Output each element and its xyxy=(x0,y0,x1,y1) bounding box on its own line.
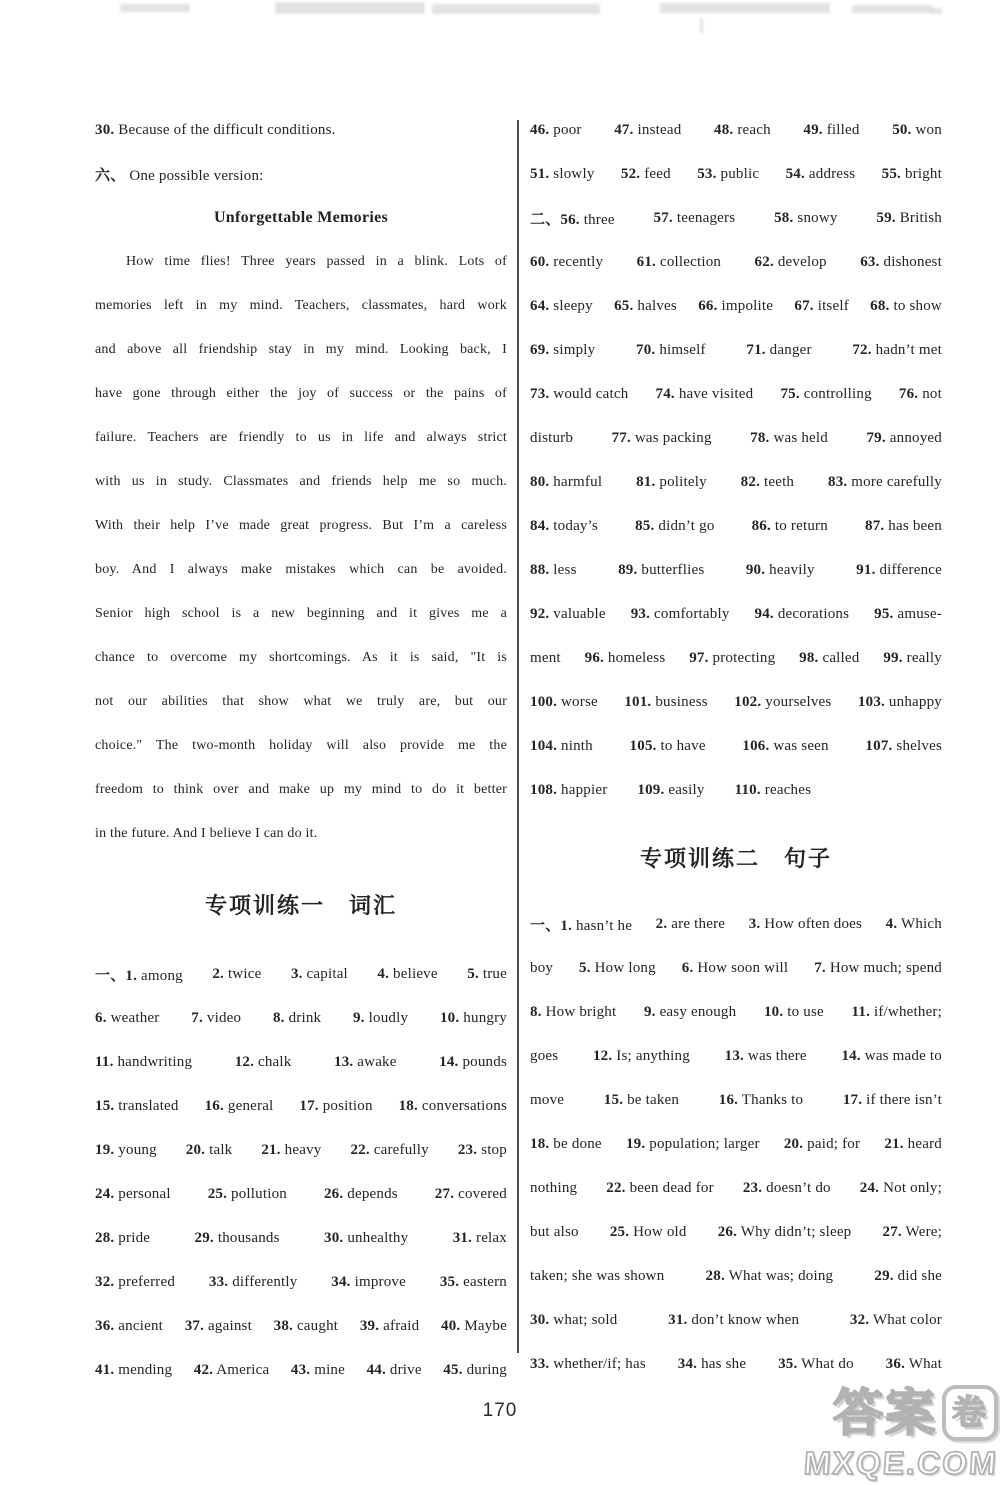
answer-item: 74. have visited xyxy=(656,386,754,403)
answer-line: nothing22. been dead for23. doesn’t do24… xyxy=(530,1166,942,1210)
answer-item: 14. pounds xyxy=(439,1054,507,1071)
answer-item: 106. was seen xyxy=(742,738,828,755)
answer-line: but also25. How old26. Why didn’t; sleep… xyxy=(530,1210,942,1254)
answer-item: 59. British xyxy=(876,210,942,227)
answer-item: 16. general xyxy=(205,1098,274,1115)
answer-item: 73. would catch xyxy=(530,386,628,403)
answer-item: 97. protecting xyxy=(689,650,775,667)
answer-line: 32. preferred33. differently34. improve3… xyxy=(95,1260,507,1304)
answer-line: 84. today’s85. didn’t go86. to return87.… xyxy=(530,504,942,548)
essay-line: have gone through either the joy of succ… xyxy=(95,372,507,416)
answer-item: 82. teeth xyxy=(741,474,794,491)
column-divider xyxy=(517,120,519,1353)
section-heading-wrap: 专项训练二 句子 xyxy=(530,812,942,902)
answer-item: 39. afraid xyxy=(360,1318,419,1335)
answer-item: 30. Because of the difficult conditions. xyxy=(95,122,336,139)
answer-item: 77. was packing xyxy=(612,430,712,447)
essay-line: How time flies! Three years passed in a … xyxy=(95,240,507,284)
essay-line: choice." The two-month holiday will also… xyxy=(95,724,507,768)
answer-item: 62. develop xyxy=(755,254,827,271)
watermark: 答案 卷 MXQE.COM xyxy=(804,1385,998,1479)
answer-item: 47. instead xyxy=(614,122,681,139)
answer-item: 61. collection xyxy=(637,254,721,271)
answer-line: 69. simply70. himself71. danger72. hadn’… xyxy=(530,328,942,372)
answer-item: 45. during xyxy=(443,1362,507,1379)
answer-item: 49. filled xyxy=(803,122,859,139)
answer-item: 95. amuse- xyxy=(874,606,942,623)
answer-item: 27. covered xyxy=(435,1186,507,1203)
answer-item: 79. annoyed xyxy=(866,430,942,447)
answer-item: 18. be done xyxy=(530,1136,602,1153)
answer-line: ment96. homeless97. protecting98. called… xyxy=(530,636,942,680)
answer-item: 84. today’s xyxy=(530,518,598,535)
answer-item: 32. What color xyxy=(850,1312,942,1329)
answer-item: 68. to show xyxy=(870,298,942,315)
answer-line: 36. ancient37. against38. caught39. afra… xyxy=(95,1304,507,1348)
sentence-answer-lines: 一、1. hasn’t he2. are there3. How often d… xyxy=(530,902,942,1386)
answer-item: 16. Thanks to xyxy=(719,1092,803,1109)
answer-item: 30. what; sold xyxy=(530,1312,617,1329)
answer-line: move15. be taken16. Thanks to17. if ther… xyxy=(530,1078,942,1122)
answer-item: 30. unhealthy xyxy=(324,1230,408,1247)
answer-line: 88. less89. butterflies90. heavily91. di… xyxy=(530,548,942,592)
answer-item: 42. America xyxy=(194,1362,270,1379)
essay-line: failure. Teachers are friendly to us in … xyxy=(95,416,507,460)
answer-line: 46. poor47. instead48. reach49. filled50… xyxy=(530,108,942,152)
answer-item: 58. snowy xyxy=(774,210,837,227)
answer-item: 50. won xyxy=(892,122,942,139)
answer-item: 2. are there xyxy=(656,916,725,933)
essay-line: and above all friendship stay in my mind… xyxy=(95,328,507,372)
essay-line: memories left in my mind. Teachers, clas… xyxy=(95,284,507,328)
answer-item: 60. recently xyxy=(530,254,603,271)
answer-item: move xyxy=(530,1092,564,1109)
answer-item: 33. differently xyxy=(209,1274,298,1291)
section2-heading: 专项训练二 句子 xyxy=(640,842,832,873)
answer-item: 71. danger xyxy=(746,342,811,359)
essay-line: Senior high school is a new beginning an… xyxy=(95,592,507,636)
answer-item: 31. don’t know when xyxy=(668,1312,799,1329)
answer-item: 96. homeless xyxy=(585,650,666,667)
answer-line: 33. whether/if; has34. has she35. What d… xyxy=(530,1342,942,1386)
answer-item: 66. impolite xyxy=(698,298,773,315)
answer-line: 24. personal25. pollution26. depends27. … xyxy=(95,1172,507,1216)
answer-item: 92. valuable xyxy=(530,606,606,623)
answer-item: 107. shelves xyxy=(865,738,942,755)
answer-line: 8. How bright9. easy enough10. to use11.… xyxy=(530,990,942,1034)
answer-item: 32. preferred xyxy=(95,1274,175,1291)
answer-item: 33. whether/if; has xyxy=(530,1356,646,1373)
answer-item: 29. thousands xyxy=(195,1230,280,1247)
answer-item: 110. reaches xyxy=(735,782,812,799)
answer-item: taken; she was shown xyxy=(530,1268,664,1285)
answer-item: but also xyxy=(530,1224,579,1241)
answer-item: 70. himself xyxy=(636,342,706,359)
answer-line: 30. what; sold31. don’t know when32. Wha… xyxy=(530,1298,942,1342)
answer-line: 6. weather7. video8. drink9. loudly10. h… xyxy=(95,996,507,1040)
answer-item: 99. really xyxy=(883,650,942,667)
answer-line: 一、1. among2. twice3. capital4. believe5.… xyxy=(95,952,507,996)
answer-item: 64. sleepy xyxy=(530,298,593,315)
answer-line: 92. valuable93. comfortably94. decoratio… xyxy=(530,592,942,636)
answer-item: 4. Which xyxy=(886,916,942,933)
answer-item: 80. harmful xyxy=(530,474,602,491)
answer-item: 36. ancient xyxy=(95,1318,163,1335)
answer-item: 87. has been xyxy=(865,518,942,535)
answer-item: 9. loudly xyxy=(353,1010,408,1027)
answer-line: 100. worse101. business102. yourselves10… xyxy=(530,680,942,724)
essay-line: in the future. And I believe I can do it… xyxy=(95,812,507,856)
answer-item: 51. slowly xyxy=(530,166,595,183)
answer-item: 52. feed xyxy=(621,166,671,183)
answer-item: 12. Is; anything xyxy=(593,1048,690,1065)
answer-item: 6. weather xyxy=(95,1010,159,1027)
answer-item: 34. improve xyxy=(331,1274,406,1291)
answer-line: 一、1. hasn’t he2. are there3. How often d… xyxy=(530,902,942,946)
answer-line: 15. translated16. general17. position18.… xyxy=(95,1084,507,1128)
answer-item: 4. believe xyxy=(377,966,437,983)
answer-item: 34. has she xyxy=(678,1356,746,1373)
answer-item: 75. controlling xyxy=(780,386,871,403)
answer-item: 7. video xyxy=(191,1010,241,1027)
essay-line: With their help I’ve made great progress… xyxy=(95,504,507,548)
answer-line: 19. young20. talk21. heavy22. carefully2… xyxy=(95,1128,507,1172)
answer-item: 46. poor xyxy=(530,122,582,139)
left-column: 30. Because of the difficult conditions.… xyxy=(95,108,507,1392)
answer-item: 83. more carefully xyxy=(828,474,942,491)
answer-item: 108. happier xyxy=(530,782,607,799)
answer-item: 54. address xyxy=(786,166,856,183)
answer-line: 30. Because of the difficult conditions. xyxy=(95,108,507,152)
answer-item: 24. Not only; xyxy=(860,1180,942,1197)
answer-line: 41. mending42. America43. mine44. drive4… xyxy=(95,1348,507,1392)
answer-item: 104. ninth xyxy=(530,738,593,755)
answer-item: 15. translated xyxy=(95,1098,179,1115)
answer-item: 100. worse xyxy=(530,694,598,711)
section1-heading: 专项训练一 词汇 xyxy=(205,889,397,920)
answer-item: 67. itself xyxy=(794,298,849,315)
answer-item: 27. Were; xyxy=(883,1224,942,1241)
answer-line: 二、56. three57. teenagers58. snowy59. Bri… xyxy=(530,196,942,240)
answer-item: 6. How soon will xyxy=(682,960,789,977)
answer-item: 94. decorations xyxy=(755,606,850,623)
answer-item: 53. public xyxy=(697,166,759,183)
answer-item: 26. Why didn’t; sleep xyxy=(718,1224,852,1241)
answer-item: 43. mine xyxy=(291,1362,345,1379)
essay-line: with us in study. Classmates and friends… xyxy=(95,460,507,504)
answer-line: 108. happier109. easily110. reaches xyxy=(530,768,942,812)
answer-item: 一、1. among xyxy=(95,964,183,985)
answer-item: 55. bright xyxy=(882,166,942,183)
answer-line: boy5. How long6. How soon will7. How muc… xyxy=(530,946,942,990)
answer-item: 23. stop xyxy=(458,1142,507,1159)
answer-item: 19. young xyxy=(95,1142,157,1159)
answer-item: 102. yourselves xyxy=(734,694,831,711)
answer-item: 17. position xyxy=(299,1098,372,1115)
essay-line: freedom to think over and make up my min… xyxy=(95,768,507,812)
answer-item: 8. drink xyxy=(273,1010,321,1027)
answer-item: 二、56. three xyxy=(530,208,615,229)
answer-line: goes12. Is; anything13. was there14. was… xyxy=(530,1034,942,1078)
answer-item: 81. politely xyxy=(636,474,707,491)
answer-item: disturb xyxy=(530,430,573,447)
answer-item: 72. hadn’t met xyxy=(852,342,942,359)
answer-item: nothing xyxy=(530,1180,577,1197)
answer-item: 37. against xyxy=(185,1318,252,1335)
answer-line: taken; she was shown28. What was; doing2… xyxy=(530,1254,942,1298)
answer-item: 85. didn’t go xyxy=(635,518,714,535)
answer-item: 98. called xyxy=(799,650,859,667)
answer-item: 3. capital xyxy=(291,966,348,983)
answer-item: 20. paid; for xyxy=(784,1136,860,1153)
intro-answer-lines: 30. Because of the difficult conditions.… xyxy=(95,108,507,196)
answer-item: 17. if there isn’t xyxy=(843,1092,942,1109)
answer-line: disturb77. was packing78. was held79. an… xyxy=(530,416,942,460)
answer-item: 14. was made to xyxy=(841,1048,942,1065)
answer-item: 23. doesn’t do xyxy=(743,1180,831,1197)
answer-item: 103. unhappy xyxy=(858,694,942,711)
answer-item: 101. business xyxy=(624,694,707,711)
answer-item: 76. not xyxy=(899,386,942,403)
answer-item: ment xyxy=(530,650,561,667)
answer-item: 31. relax xyxy=(453,1230,507,1247)
answer-line: 28. pride29. thousands30. unhealthy31. r… xyxy=(95,1216,507,1260)
answer-item: 10. hungry xyxy=(440,1010,507,1027)
answer-line: 104. ninth105. to have106. was seen107. … xyxy=(530,724,942,768)
answer-item: 一、1. hasn’t he xyxy=(530,914,632,935)
scanned-answer-page: 30. Because of the difficult conditions.… xyxy=(0,0,1000,1485)
answer-item: 7. How much; spend xyxy=(814,960,942,977)
answer-item: 89. butterflies xyxy=(618,562,704,579)
vocab-answer-lines-continued: 46. poor47. instead48. reach49. filled50… xyxy=(530,108,942,812)
answer-item: 5. How long xyxy=(579,960,656,977)
answer-item: 22. carefully xyxy=(350,1142,428,1159)
answer-item: 22. been dead for xyxy=(606,1180,714,1197)
answer-item: 40. Maybe xyxy=(441,1318,507,1335)
essay-line: chance to overcome my shortcomings. As i… xyxy=(95,636,507,680)
answer-item: 109. easily xyxy=(637,782,704,799)
answer-item: 38. caught xyxy=(274,1318,339,1335)
answer-line: 64. sleepy65. halves66. impolite67. itse… xyxy=(530,284,942,328)
answer-line: 51. slowly52. feed53. public54. address5… xyxy=(530,152,942,196)
answer-item: 19. population; larger xyxy=(626,1136,760,1153)
answer-line: 六、 One possible version: xyxy=(95,152,507,196)
answer-item: 63. dishonest xyxy=(860,254,942,271)
answer-item: 91. difference xyxy=(856,562,942,579)
answer-item: 13. awake xyxy=(334,1054,397,1071)
vocab-answer-lines: 一、1. among2. twice3. capital4. believe5.… xyxy=(95,952,507,1392)
answer-item: 5. true xyxy=(467,966,507,983)
answer-item: 15. be taken xyxy=(604,1092,679,1109)
answer-item: 36. What xyxy=(886,1356,942,1373)
answer-item: 28. What was; doing xyxy=(706,1268,834,1285)
essay-body: How time flies! Three years passed in a … xyxy=(95,240,507,856)
answer-item: 93. comfortably xyxy=(631,606,730,623)
answer-item: 20. talk xyxy=(186,1142,233,1159)
answer-item: boy xyxy=(530,960,553,977)
answer-item: 21. heavy xyxy=(261,1142,321,1159)
answer-item: 105. to have xyxy=(630,738,706,755)
answer-item: 3. How often does xyxy=(749,916,862,933)
answer-line: 18. be done19. population; larger20. pai… xyxy=(530,1122,942,1166)
watermark-logo-text: 答案 xyxy=(833,1388,937,1438)
watermark-domain: MXQE.COM xyxy=(803,1447,999,1479)
answer-item: 25. pollution xyxy=(208,1186,287,1203)
answer-item: 25. How old xyxy=(610,1224,687,1241)
answer-item: 18. conversations xyxy=(399,1098,507,1115)
watermark-badge-icon: 卷 xyxy=(942,1385,998,1441)
answer-item: 11. if/whether; xyxy=(852,1004,943,1021)
answer-item: 11. handwriting xyxy=(95,1054,192,1071)
answer-item: 10. to use xyxy=(764,1004,824,1021)
answer-item: 44. drive xyxy=(367,1362,422,1379)
answer-item: 65. halves xyxy=(614,298,677,315)
answer-item: 35. What do xyxy=(778,1356,854,1373)
answer-item: 57. teenagers xyxy=(654,210,736,227)
answer-item: 41. mending xyxy=(95,1362,172,1379)
essay-line: boy. And I always make mistakes which ca… xyxy=(95,548,507,592)
answer-item: 48. reach xyxy=(714,122,771,139)
answer-item: 8. How bright xyxy=(530,1004,616,1021)
answer-item: 78. was held xyxy=(750,430,828,447)
answer-item: 90. heavily xyxy=(746,562,815,579)
watermark-logo: 答案 卷 xyxy=(804,1385,998,1441)
essay-title: Unforgettable Memories xyxy=(95,196,507,240)
answer-item: 86. to return xyxy=(752,518,828,535)
answer-item: 2. twice xyxy=(212,966,261,983)
essay-line: not our abilities that show what we trul… xyxy=(95,680,507,724)
answer-line: 11. handwriting12. chalk13. awake14. pou… xyxy=(95,1040,507,1084)
answer-item: 12. chalk xyxy=(235,1054,292,1071)
answer-item: 26. depends xyxy=(324,1186,398,1203)
answer-item: 21. heard xyxy=(884,1136,942,1153)
answer-item: 88. less xyxy=(530,562,577,579)
right-column: 46. poor47. instead48. reach49. filled50… xyxy=(530,108,942,1386)
answer-line: 80. harmful81. politely82. teeth83. more… xyxy=(530,460,942,504)
answer-item: 69. simply xyxy=(530,342,595,359)
section-heading-wrap: 专项训练一 词汇 xyxy=(95,856,507,952)
answer-item: 13. was there xyxy=(725,1048,807,1065)
answer-item: 29. did she xyxy=(874,1268,942,1285)
answer-item: goes xyxy=(530,1048,558,1065)
answer-line: 73. would catch74. have visited75. contr… xyxy=(530,372,942,416)
answer-item: 24. personal xyxy=(95,1186,171,1203)
answer-item: 9. easy enough xyxy=(644,1004,736,1021)
answer-line: 60. recently61. collection62. develop63.… xyxy=(530,240,942,284)
answer-item: 28. pride xyxy=(95,1230,150,1247)
answer-item: 六、 One possible version: xyxy=(95,164,264,185)
answer-item: 35. eastern xyxy=(440,1274,507,1291)
